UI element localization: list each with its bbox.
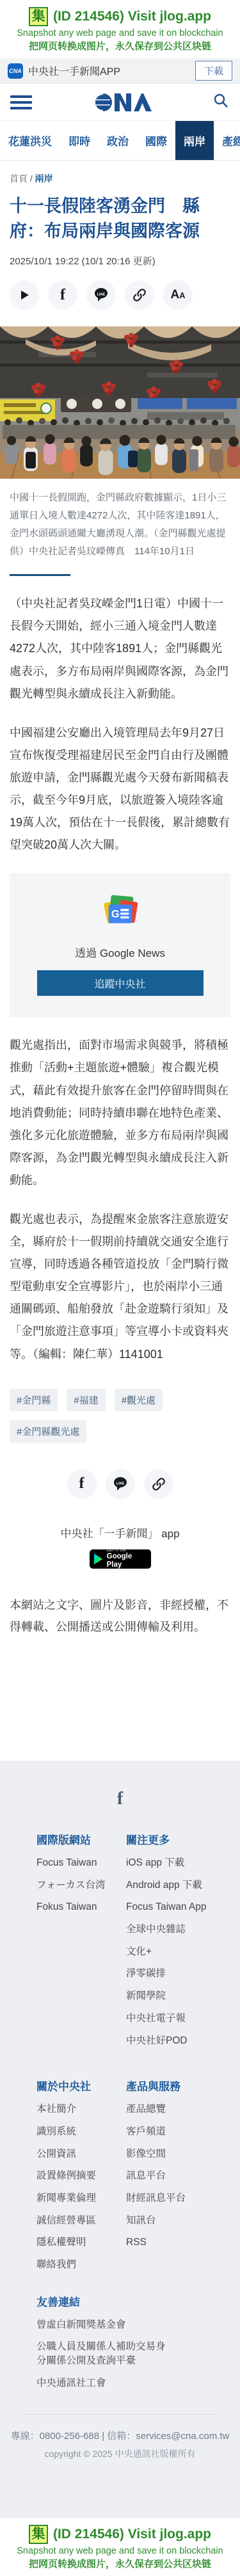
article-paragraph: 中國福建公安廳出入境管理局去年9月27日宣布恢復受理福建居民至金門自由行及團體旅… (0, 705, 240, 857)
tag-kinmen-county[interactable]: #金門縣 (10, 1389, 58, 1411)
footer-link[interactable]: 公職人員及關係人補助交易身分關係公開及查詢平臺 (36, 2340, 171, 2367)
play-icon[interactable] (10, 280, 39, 310)
share-toolbar: f LINE AA (0, 268, 240, 310)
jlog-banner-bottom: 集 (ID 214546) Visit jlog.app Snapshot an… (0, 2518, 240, 2576)
footer-link[interactable]: 訊息平台 (126, 2169, 240, 2183)
photo-caption: 中國十一長假開跑，金門縣政府數據顯示，1日小三通單日入境人數達4272人次，其中… (0, 479, 240, 560)
tag-fujian[interactable]: #福建 (67, 1389, 105, 1411)
footer-link[interactable]: 公開資訊 (36, 2147, 126, 2161)
article-photo (0, 326, 240, 479)
svg-text:LINE: LINE (97, 293, 106, 297)
tab-business[interactable]: 產經 (214, 121, 240, 160)
footer-link[interactable]: 中央社電子報 (126, 2012, 240, 2026)
tab-cross-strait[interactable]: 兩岸 (175, 121, 214, 160)
footer-link[interactable]: 影像空間 (126, 2147, 240, 2161)
article-title: 十一長假陸客湧金門 縣府：布局兩岸與國際客源 (0, 185, 240, 244)
app-download-strip: CNA 中央社一手新聞APP 下載 (0, 58, 240, 84)
tag-list: #金門縣 #福建 #觀光處 #金門縣觀光處 (0, 1366, 240, 1443)
jlog-headline[interactable]: (ID 214546) Visit jlog.app (53, 9, 211, 24)
footer-link[interactable]: Focus Taiwan (36, 1856, 126, 1870)
tab-breaking[interactable]: 即時 (60, 121, 99, 160)
google-play-icon (93, 1553, 103, 1565)
footer-link[interactable]: 誠信經營專區 (36, 2214, 126, 2228)
jlog-subline-en: Snapshot any web page and save it on blo… (5, 2546, 235, 2556)
tag-tourism-office[interactable]: #觀光處 (115, 1389, 163, 1411)
footer-link[interactable]: Focus Taiwan App (126, 1900, 240, 1914)
footer-contact: 專線：0800-256-688 | 信箱：services@cna.com.tw (0, 2415, 240, 2442)
app-strip-title: 中央社一手新聞APP (28, 63, 190, 78)
jlog-headline[interactable]: (ID 214546) Visit jlog.app (53, 2527, 211, 2542)
jlog-subline-zh: 把网页转换成图片，永久保存到公共区块链 (5, 39, 235, 52)
footer-facebook-icon[interactable]: f (0, 1789, 240, 1809)
footer-link[interactable]: 全球中央雜誌 (126, 1923, 240, 1937)
article-date: 2025/10/1 19:22 (10/1 20:16 更新) (0, 244, 240, 268)
article-paragraph: 觀光處指出，面對市場需求與競爭，將積極推動「活動+主題旅遊+體驗」複合觀光模式，… (0, 1018, 240, 1192)
jlog-subline-zh: 把网页转换成图片，永久保存到公共区块链 (5, 2557, 235, 2570)
footer-section-about: 關於中央社 本社簡介 識別系統 公開資訊 設置條例摘要 新聞專業倫理 誠信經營專… (36, 2077, 126, 2280)
footer-heading: 關注更多 (126, 1831, 240, 1847)
cna-logo[interactable] (32, 92, 213, 113)
footer-section-friendly-links: 友善連結 曾虛白新聞獎基金會 公職人員及關係人補助交易身分關係公開及查詢平臺 中… (0, 2280, 240, 2390)
tab-world[interactable]: 國際 (137, 121, 175, 160)
tag-kinmen-tourism-office[interactable]: #金門縣觀光處 (10, 1420, 86, 1443)
tab-hualien-flood[interactable]: 花蓮洪災 (0, 121, 60, 160)
footer-link[interactable]: Fokus Taiwan (36, 1900, 126, 1914)
ad-slot (0, 1638, 240, 1761)
badge-line2: Google Play (107, 1553, 147, 1569)
breadcrumb-home[interactable]: 首頁 (10, 173, 28, 184)
jlog-logo-icon: 集 (29, 2525, 48, 2544)
line-icon[interactable]: LINE (106, 1469, 135, 1499)
footer-heading: 國際版網站 (36, 1831, 126, 1847)
update-time: (10/1 20:16 更新) (82, 256, 156, 267)
text-size-icon[interactable]: AA (163, 280, 193, 310)
google-news-box: G 透過 Google News 追蹤中央社 (10, 873, 230, 1018)
share-toolbar-bottom: f LINE (0, 1443, 240, 1499)
link-icon[interactable] (125, 280, 154, 310)
footer-section-products: 產品與服務 產品總覽 客戶頻道 影像空間 訊息平台 財經訊息平台 知訊台 RSS (126, 2077, 240, 2280)
app-download-button[interactable]: 下載 (195, 61, 232, 81)
menu-icon[interactable] (10, 95, 32, 109)
footer-link[interactable]: 文化+ (126, 1945, 240, 1959)
footer-link[interactable]: iOS app 下載 (126, 1856, 240, 1870)
footer-link[interactable]: フォーカス台湾 (36, 1878, 126, 1892)
svg-text:LINE: LINE (116, 1482, 124, 1485)
copyright-notice: 本網站之文字、圖片及影音，非經授權，不得轉載、公開播送或公開傳輸及利用。 (0, 1569, 240, 1638)
follow-cna-button[interactable]: 追蹤中央社 (37, 970, 204, 996)
app-promo: 中央社「一手新聞」 app GET IT ON Google Play (0, 1499, 240, 1569)
breadcrumb-separator: / (30, 173, 33, 184)
article-paragraph: 觀光處也表示，為提醒來金旅客注意旅遊安全，縣府於十一假期前持續就交通安全進行宣導… (0, 1192, 240, 1366)
link-icon[interactable] (144, 1469, 173, 1499)
footer-link[interactable]: 中央通訊社工會 (36, 2376, 171, 2390)
google-news-icon: G (100, 892, 140, 935)
line-icon[interactable]: LINE (86, 280, 116, 310)
search-icon[interactable] (213, 93, 230, 111)
footer-heading: 友善連結 (36, 2293, 240, 2309)
footer-link[interactable]: 中央社好POD (126, 2034, 240, 2048)
app-promo-title: 中央社「一手新聞」 app (0, 1524, 240, 1540)
footer-heading: 關於中央社 (36, 2077, 126, 2093)
footer-link[interactable]: 曾虛白新聞獎基金會 (36, 2318, 171, 2332)
category-nav: 花蓮洪災 即時 政治 國際 兩岸 產經 (0, 120, 240, 161)
cna-app-icon: CNA (8, 63, 23, 79)
site-header (0, 84, 240, 120)
facebook-icon[interactable]: f (48, 280, 77, 310)
footer-copyright: copyright © 2025 中央通訊社版權所有 (0, 2442, 240, 2460)
jlog-logo-icon: 集 (29, 7, 48, 26)
footer-link[interactable]: 聯絡我們 (36, 2258, 126, 2272)
footer-link[interactable]: 財經訊息平台 (126, 2191, 240, 2205)
footer-link[interactable]: RSS (126, 2236, 240, 2250)
footer-link[interactable]: 新聞專業倫理 (36, 2191, 126, 2205)
footer-link[interactable]: 新聞學院 (126, 1989, 240, 2003)
footer-section-international: 國際版網站 Focus Taiwan フォーカス台湾 Fokus Taiwan (36, 1831, 126, 2056)
footer-link[interactable]: 知訊台 (126, 2214, 240, 2228)
footer-link[interactable]: 隱私權聲明 (36, 2236, 126, 2250)
footer-link[interactable]: 產品總覽 (126, 2102, 240, 2116)
tab-politics[interactable]: 政治 (99, 121, 137, 160)
footer-link[interactable]: Android app 下載 (126, 1878, 240, 1892)
footer-heading: 產品與服務 (126, 2077, 240, 2093)
cna-logo-icon (93, 92, 152, 113)
footer-link[interactable]: 設置條例摘要 (36, 2169, 126, 2183)
svg-text:G: G (111, 909, 119, 920)
jlog-subline-en: Snapshot any web page and save it on blo… (5, 28, 235, 38)
breadcrumb-section[interactable]: 兩岸 (35, 173, 53, 184)
footer-link[interactable]: 識別系統 (36, 2125, 126, 2139)
article-paragraph: （中央社記者吳玟嶸金門1日電）中國十一長假今天開始，經小三通入境金門人數達427… (0, 576, 240, 705)
google-news-via-label: 透過 Google News (10, 944, 230, 960)
google-play-badge[interactable]: GET IT ON Google Play (90, 1549, 151, 1569)
footer-section-follow-more: 關注更多 iOS app 下載 Android app 下載 Focus Tai… (126, 1831, 240, 2056)
jlog-banner-top: 集 (ID 214546) Visit jlog.app Snapshot an… (0, 0, 240, 58)
facebook-icon[interactable]: f (67, 1469, 97, 1499)
publish-time: 2025/10/1 19:22 (10, 256, 79, 267)
footer-link[interactable]: 客戶頻道 (126, 2125, 240, 2139)
site-footer: f 國際版網站 Focus Taiwan フォーカス台湾 Fokus Taiwa… (0, 1761, 240, 2518)
breadcrumb: 首頁 / 兩岸 (0, 161, 240, 185)
footer-link[interactable]: 本社簡介 (36, 2102, 126, 2116)
footer-link[interactable]: 淨零碳排 (126, 1967, 240, 1981)
